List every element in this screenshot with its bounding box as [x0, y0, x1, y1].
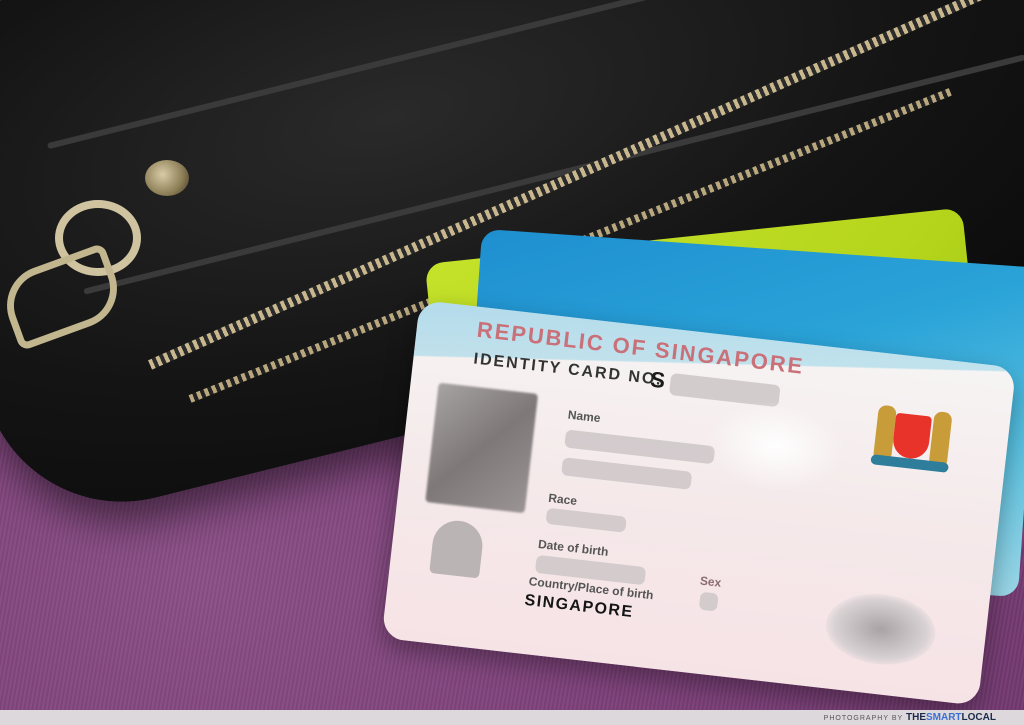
wallet-rivet	[145, 160, 189, 196]
photo-credit: PHOTOGRAPHY BY THESMARTLOCAL	[824, 712, 996, 723]
field-label-name: Name	[567, 408, 601, 426]
coat-of-arms-icon	[861, 402, 958, 482]
light-glare	[701, 394, 850, 499]
field-label-sex: Sex	[699, 574, 722, 590]
wallet-seam	[47, 0, 990, 149]
credit-brand-smart: SMART	[926, 712, 962, 723]
redacted-sex	[699, 592, 719, 612]
credit-brand-local: LOCAL	[962, 712, 996, 723]
photo-scene: REPUBLIC OF SINGAPORE IDENTITY CARD NO. …	[0, 0, 1024, 710]
crest-shield	[891, 413, 932, 461]
id-number-value: S	[649, 367, 667, 394]
credit-brand-the: THE	[906, 712, 926, 723]
identity-card: REPUBLIC OF SINGAPORE IDENTITY CARD NO. …	[382, 300, 1017, 706]
field-label-race: Race	[548, 491, 578, 508]
credit-prefix: PHOTOGRAPHY BY	[824, 715, 903, 722]
key-clasp	[0, 200, 140, 360]
redacted-name-2	[561, 457, 692, 490]
clasp-hook	[0, 243, 128, 352]
redacted-secondary-photo	[429, 518, 485, 578]
redacted-thumbprint	[822, 588, 939, 670]
redacted-race	[545, 508, 626, 533]
redacted-photo	[425, 383, 538, 514]
